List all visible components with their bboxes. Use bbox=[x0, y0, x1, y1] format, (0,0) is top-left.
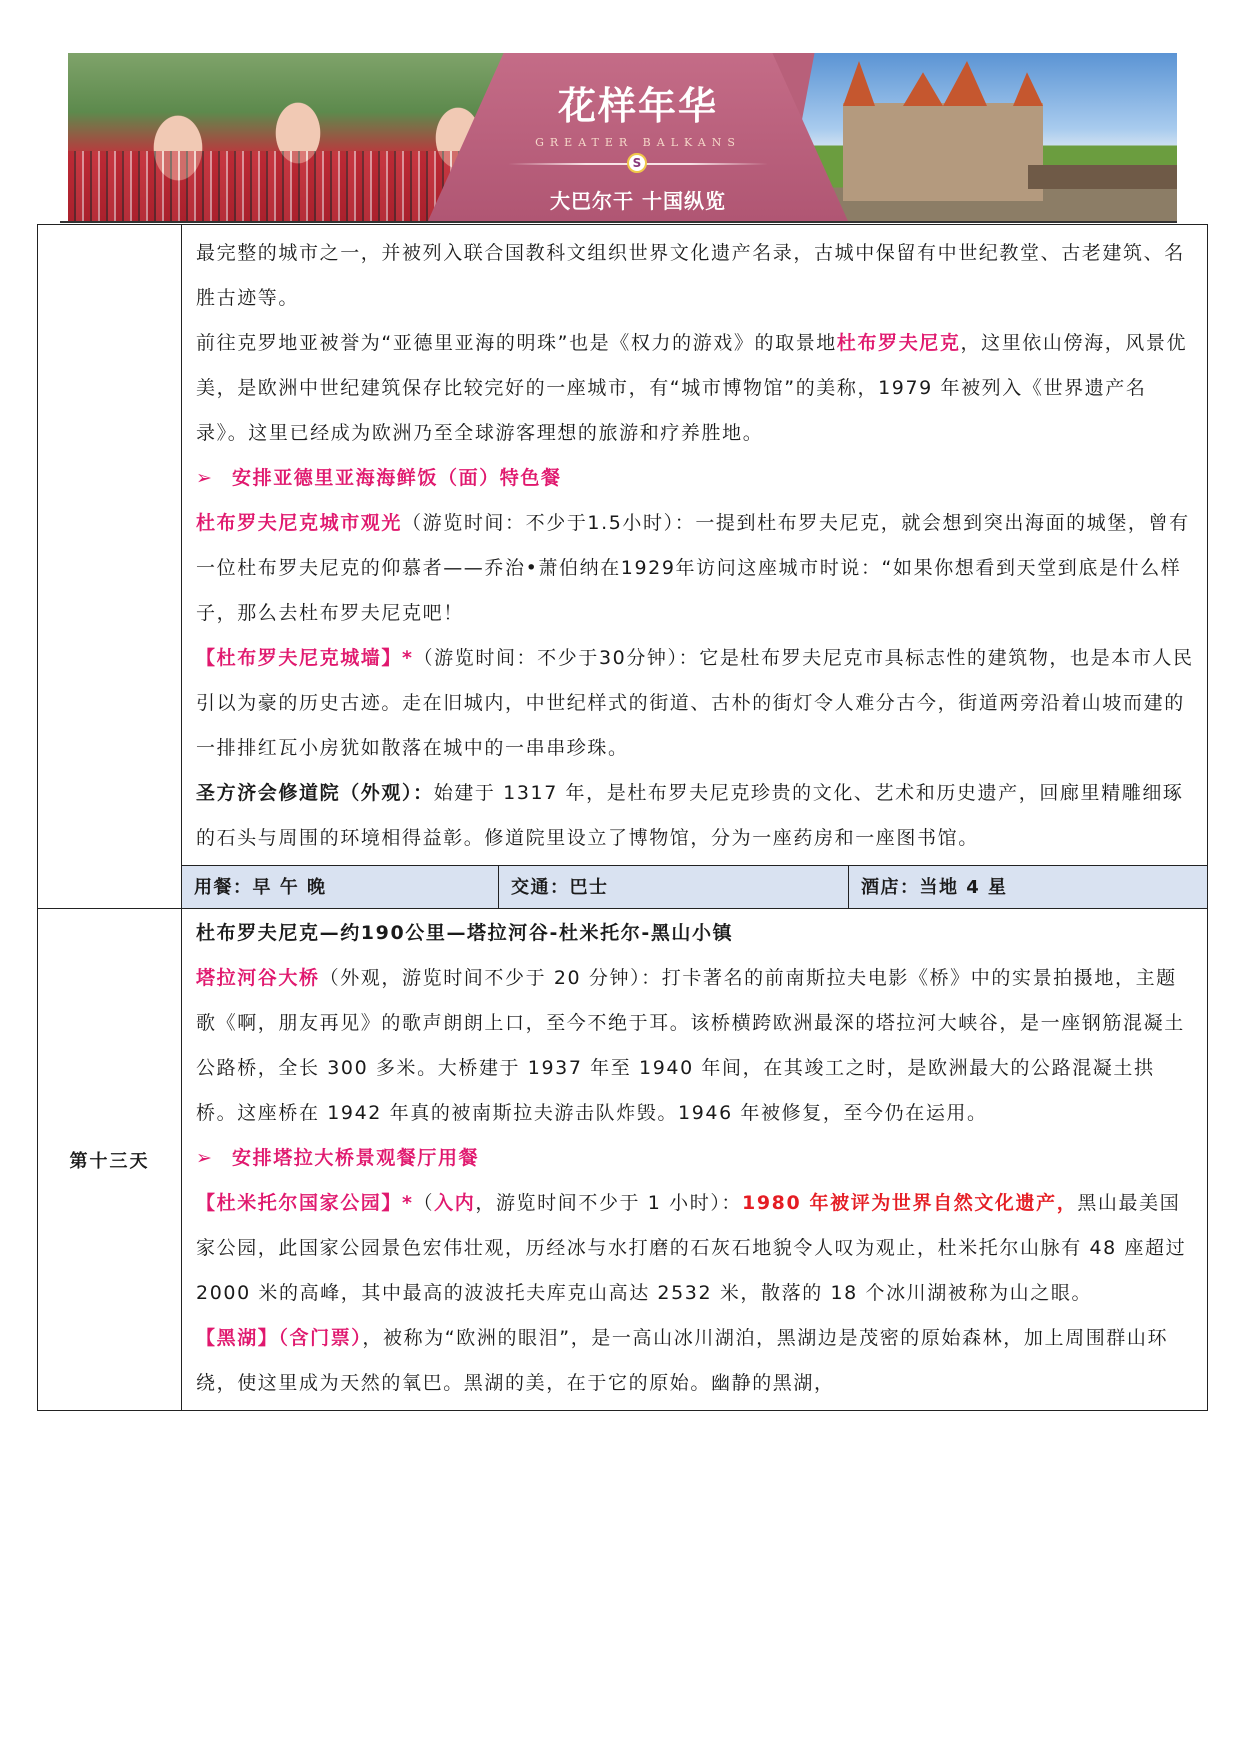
banner-subtitle-en: GREATER BALKANS bbox=[535, 136, 741, 149]
meal-text: 安排塔拉大桥景观餐厅用餐 bbox=[232, 1147, 479, 1169]
day-content-cell: 最完整的城市之一，并被列入联合国教科文组织世界文化遗产名录，古城中保留有中世纪教… bbox=[182, 225, 1208, 909]
highlight-tara-bridge: 塔拉河谷大桥 bbox=[196, 967, 320, 989]
banner-text-block: 花样年华 GREATER BALKANS S 大巴尔干 十国纵览 bbox=[458, 53, 818, 221]
meal-note-seafood: ➢安排亚德里亚海海鲜饭（面）特色餐 bbox=[196, 456, 1195, 501]
route-heading: 杜布罗夫尼克—约190公里—塔拉河谷-杜米托尔-黑山小镇 bbox=[196, 911, 1195, 956]
banner-title: 花样年华 bbox=[558, 75, 718, 130]
paragraph-durmitor: 【杜米托尔国家公园】*（入内，游览时间不少于 1 小时）：1980 年被评为世界… bbox=[196, 1181, 1195, 1316]
day12-content: 最完整的城市之一，并被列入联合国教科文组织世界文化遗产名录，古城中保留有中世纪教… bbox=[182, 225, 1207, 865]
itinerary-row-day13: 第十三天 杜布罗夫尼克—约190公里—塔拉河谷-杜米托尔-黑山小镇 塔拉河谷大桥… bbox=[38, 909, 1208, 1411]
day12-info-bar: 用餐：早 午 晚 交通：巴士 酒店：当地 4 星 bbox=[182, 865, 1207, 908]
meal-note-tara: ➢安排塔拉大桥景观餐厅用餐 bbox=[196, 1136, 1195, 1181]
banner-divider: S bbox=[508, 153, 768, 175]
paragraph-black-lake: 【黑湖】（含门票），被称为“欧洲的眼泪”，是一高山冰川湖泊，黑湖边是茂密的原始森… bbox=[196, 1316, 1195, 1406]
meal-text: 安排亚德里亚海海鲜饭（面）特色餐 bbox=[232, 467, 562, 489]
highlight-city-walls: 【杜布罗夫尼克城墙】* bbox=[196, 647, 414, 669]
itinerary-table: 最完整的城市之一，并被列入联合国教科文组织世界文化遗产名录，古城中保留有中世纪教… bbox=[37, 224, 1208, 1411]
highlight-city-tour: 杜布罗夫尼克城市观光 bbox=[196, 512, 402, 534]
day-label-cell bbox=[38, 225, 182, 909]
paragraph-city-walls: 【杜布罗夫尼克城墙】*（游览时间：不少于30分钟）：它是杜布罗夫尼克市具标志性的… bbox=[196, 636, 1195, 771]
day-content-cell: 杜布罗夫尼克—约190公里—塔拉河谷-杜米托尔-黑山小镇 塔拉河谷大桥（外观，游… bbox=[182, 909, 1208, 1411]
text: （外观，游览时间不少于 20 分钟）：打卡著名的前南斯拉夫电影《桥》中的实景拍摄… bbox=[196, 967, 1185, 1124]
highlight-dubrovnik: 杜布罗夫尼克 bbox=[837, 332, 961, 354]
highlight-durmitor: 【杜米托尔国家公园】* bbox=[196, 1192, 414, 1214]
hotel-info: 酒店：当地 4 星 bbox=[848, 866, 1207, 908]
day13-content: 杜布罗夫尼克—约190公里—塔拉河谷-杜米托尔-黑山小镇 塔拉河谷大桥（外观，游… bbox=[182, 909, 1207, 1410]
paragraph-franciscan-monastery: 圣方济会修道院（外观）：始建于 1317 年，是杜布罗夫尼克珍贵的文化、艺术和历… bbox=[196, 771, 1195, 861]
castle-bridge bbox=[1028, 165, 1177, 189]
banner-subtitle-cn: 大巴尔干 十国纵览 bbox=[550, 185, 726, 214]
text: （ bbox=[414, 1192, 435, 1214]
arrow-bullet-icon: ➢ bbox=[196, 456, 232, 501]
itinerary-row-day12: 最完整的城市之一，并被列入联合国教科文组织世界文化遗产名录，古城中保留有中世纪教… bbox=[38, 225, 1208, 909]
heading-monastery: 圣方济会修道院（外观）： bbox=[196, 782, 434, 804]
text: 前往克罗地亚被誉为“亚德里亚海的明珠”也是《权力的游戏》的取景地 bbox=[196, 332, 837, 354]
paragraph-tara-bridge: 塔拉河谷大桥（外观，游览时间不少于 20 分钟）：打卡著名的前南斯拉夫电影《桥》… bbox=[196, 956, 1195, 1136]
highlight-heritage: 1980 年被评为世界自然文化遗产， bbox=[742, 1192, 1077, 1214]
highlight-black-lake: 【黑湖】（含门票） bbox=[196, 1327, 362, 1349]
text: ，游览时间不少于 1 小时）： bbox=[475, 1192, 742, 1214]
header-banner: 花样年华 GREATER BALKANS S 大巴尔干 十国纵览 bbox=[68, 53, 1177, 221]
arrow-bullet-icon: ➢ bbox=[196, 1136, 232, 1181]
day-label-cell: 第十三天 bbox=[38, 909, 182, 1411]
banner-underline bbox=[60, 221, 1177, 223]
brand-logo-icon: S bbox=[627, 153, 647, 173]
meals-info: 用餐：早 午 晚 bbox=[182, 866, 498, 908]
paragraph-dubrovnik-pearl: 前往克罗地亚被誉为“亚德里亚海的明珠”也是《权力的游戏》的取景地杜布罗夫尼克，这… bbox=[196, 321, 1195, 456]
paragraph-dubrovnik-intro-cont: 最完整的城市之一，并被列入联合国教科文组织世界文化遗产名录，古城中保留有中世纪教… bbox=[196, 231, 1195, 321]
highlight-entry: 入内 bbox=[434, 1192, 475, 1214]
paragraph-city-tour: 杜布罗夫尼克城市观光（游览时间：不少于1.5小时）：一提到杜布罗夫尼克，就会想到… bbox=[196, 501, 1195, 636]
transport-info: 交通：巴士 bbox=[498, 866, 848, 908]
